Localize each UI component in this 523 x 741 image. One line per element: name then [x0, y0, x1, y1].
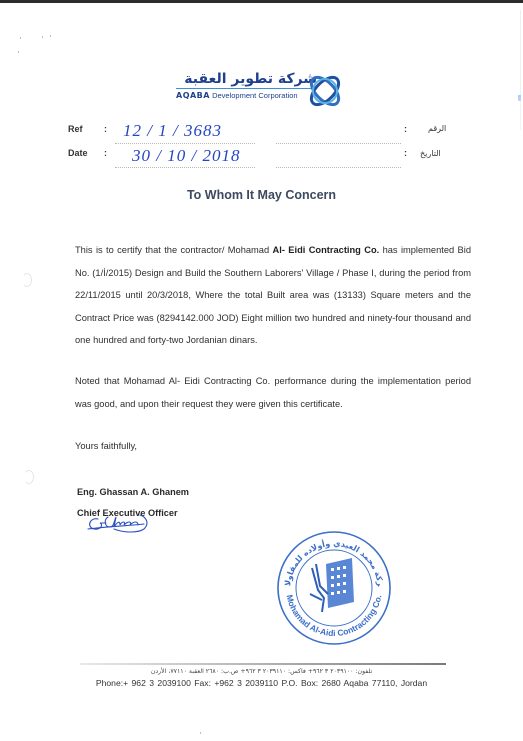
scan-right-edge: [520, 10, 521, 130]
scan-top-edge: [0, 0, 523, 3]
date-label: Date: [68, 148, 88, 158]
performance-paragraph: Noted that Mohamad Al- Eidi Contracting …: [75, 370, 471, 415]
ref-underline: [115, 143, 255, 144]
interlocking-rings-icon: [301, 69, 349, 113]
brand-wordmark: AQABA: [176, 91, 210, 100]
company-letterhead: شركة تطوير العقبة AQABA Development Corp…: [175, 69, 355, 109]
ref-underline-ar: [276, 143, 401, 144]
scan-speck: [18, 51, 19, 53]
paragraph-text: has implemented Bid No. (1/İ/2015) Desig…: [75, 245, 471, 345]
letter-title: To Whom It May Concern: [0, 188, 523, 202]
paragraph-text: This is to certify that the contractor/ …: [75, 245, 273, 255]
date-colon-ar: :: [404, 148, 407, 158]
scan-speck: [42, 36, 43, 38]
date-underline-ar: [276, 167, 401, 168]
footer-contact-arabic: تلفون: ٢٠٣٩١٠٠ ٣ ٩٦٢+ فاكس: ٢٠٣٩١١٠ ٣ ٩٦…: [0, 668, 523, 675]
date-value-handwritten: 30 / 10 / 2018: [132, 146, 240, 166]
punch-hole-mark: [22, 273, 32, 287]
company-name-arabic: شركة تطوير العقبة: [184, 71, 317, 87]
ref-colon-ar: :: [404, 124, 407, 134]
ref-colon: :: [104, 124, 107, 134]
ref-label-arabic: الرقم: [428, 124, 446, 133]
scan-speck: [50, 35, 51, 37]
brand-subtitle: Development Corporation: [212, 91, 297, 100]
footer-divider: [80, 663, 446, 665]
certification-paragraph: This is to certify that the contractor/ …: [75, 239, 471, 352]
date-colon: :: [104, 148, 107, 158]
signer-name: Eng. Ghassan A. Ghanem: [77, 487, 189, 497]
footer-contact-english: Phone:+ 962 3 2039100 Fax: +962 3 203911…: [0, 678, 523, 688]
ref-label: Ref: [68, 124, 83, 134]
ref-value-handwritten: 12 / 1 / 3683: [123, 121, 222, 141]
handwritten-signature-icon: [84, 505, 164, 535]
salutation: Yours faithfully,: [75, 441, 137, 451]
contractor-name-bold: Al- Eidi Contracting Co.: [273, 245, 380, 255]
date-underline: [115, 167, 255, 168]
scan-edge-artifact: [518, 95, 521, 101]
date-label-arabic: التاريخ: [420, 149, 441, 158]
building-crane-stamp-icon: شركة محمد العيدي وأولاده للمقاولات Moham…: [272, 528, 396, 646]
company-name-english: AQABA Development Corporation: [176, 91, 298, 100]
scan-speck: [200, 732, 201, 734]
scan-speck: [20, 37, 21, 39]
punch-hole-mark: [24, 470, 34, 484]
logo-underline: [176, 88, 316, 89]
